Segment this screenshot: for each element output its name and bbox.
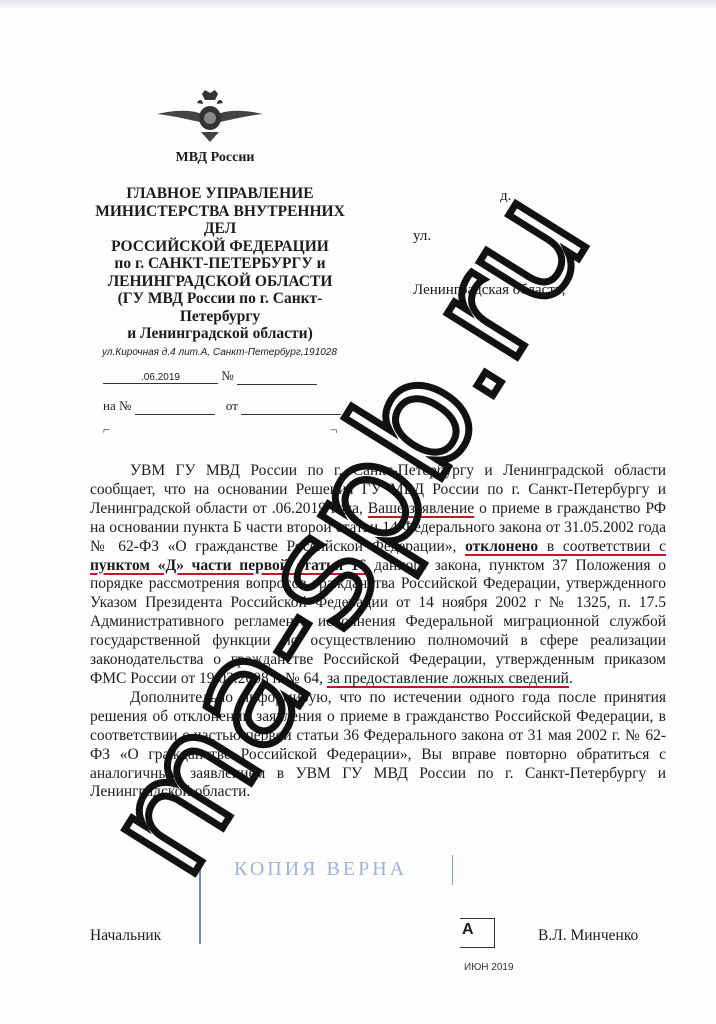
org-line: Петербургу <box>95 308 345 326</box>
emphasized-text: отклонено <box>465 538 538 555</box>
emphasized-text: Ваше заявление <box>368 500 474 517</box>
outgoing-ref-row: .06.2019 № <box>103 368 343 385</box>
text-run: данного закона, пунктом 37 Положения о п… <box>90 557 666 687</box>
letter-number-blank <box>237 368 317 385</box>
signatory-position: Начальник <box>90 927 161 945</box>
emphasized-text: в соответствии с <box>538 538 666 555</box>
paragraph-decision: УВМ ГУ МВД России по г. Санкт-Петербургу… <box>90 462 666 689</box>
org-line: ДЕЛ <box>95 220 345 238</box>
recipient-line: д. <box>500 188 511 205</box>
org-line: ГЛАВНОЕ УПРАВЛЕНИЕ <box>95 185 345 203</box>
letter-body: УВМ ГУ МВД России по г. Санкт-Петербургу… <box>90 462 666 802</box>
signatory-name: В.Л. Минченко <box>538 927 638 945</box>
org-line: по г. САНКТ-ПЕТЕРБУРГУ и <box>95 255 345 273</box>
from-label: от <box>226 398 238 413</box>
stamp-edge <box>452 855 453 885</box>
letter-date: .06.2019 <box>103 372 218 384</box>
corner-mark-left: ⌐ <box>103 422 110 438</box>
organization-address: ул.Кирочная д.4 лит.А, Санкт-Петербург,1… <box>102 347 337 358</box>
ref-label: на № <box>103 398 131 413</box>
organization-name: ГЛАВНОЕ УПРАВЛЕНИЕ МИНИСТЕРСТВА ВНУТРЕНН… <box>95 185 345 343</box>
org-line: РОССИЙСКОЙ ФЕДЕРАЦИИ <box>95 238 345 256</box>
ref-number-blank <box>135 398 215 415</box>
approval-mark-date: ИЮН 2019 <box>464 962 514 973</box>
corner-mark-right: ¬ <box>330 422 337 438</box>
incoming-ref-row: на № от <box>103 398 341 415</box>
org-line: и Ленинградской области) <box>95 325 345 343</box>
copy-certified-stamp: КОПИЯ ВЕРНА <box>234 858 407 881</box>
emphasized-text: пунктом «Д» части первой статьи 16 <box>90 557 366 574</box>
org-line: ЛЕНИНГРАДСКОЙ ОБЛАСТИ <box>95 273 345 291</box>
org-line: МИНИСТЕРСТВА ВНУТРЕННИХ <box>95 203 345 221</box>
emphasized-text: за предоставление ложных сведений <box>327 670 569 687</box>
recipient-line: ул. <box>413 228 431 245</box>
eagle-emblem-icon <box>155 88 265 148</box>
scan-edge-shadow <box>0 0 716 10</box>
text-run: . <box>569 670 573 687</box>
paragraph-additional-info: Дополнительно информирую, что по истечен… <box>90 689 666 802</box>
number-label: № <box>221 368 233 383</box>
agency-short-name: МВД России <box>160 150 270 166</box>
recipient-line: Ленинградская область, <box>413 282 565 299</box>
approval-mark-letter: А <box>462 921 474 939</box>
ref-date-blank <box>241 398 341 415</box>
org-line: (ГУ МВД России по г. Санкт- <box>95 290 345 308</box>
